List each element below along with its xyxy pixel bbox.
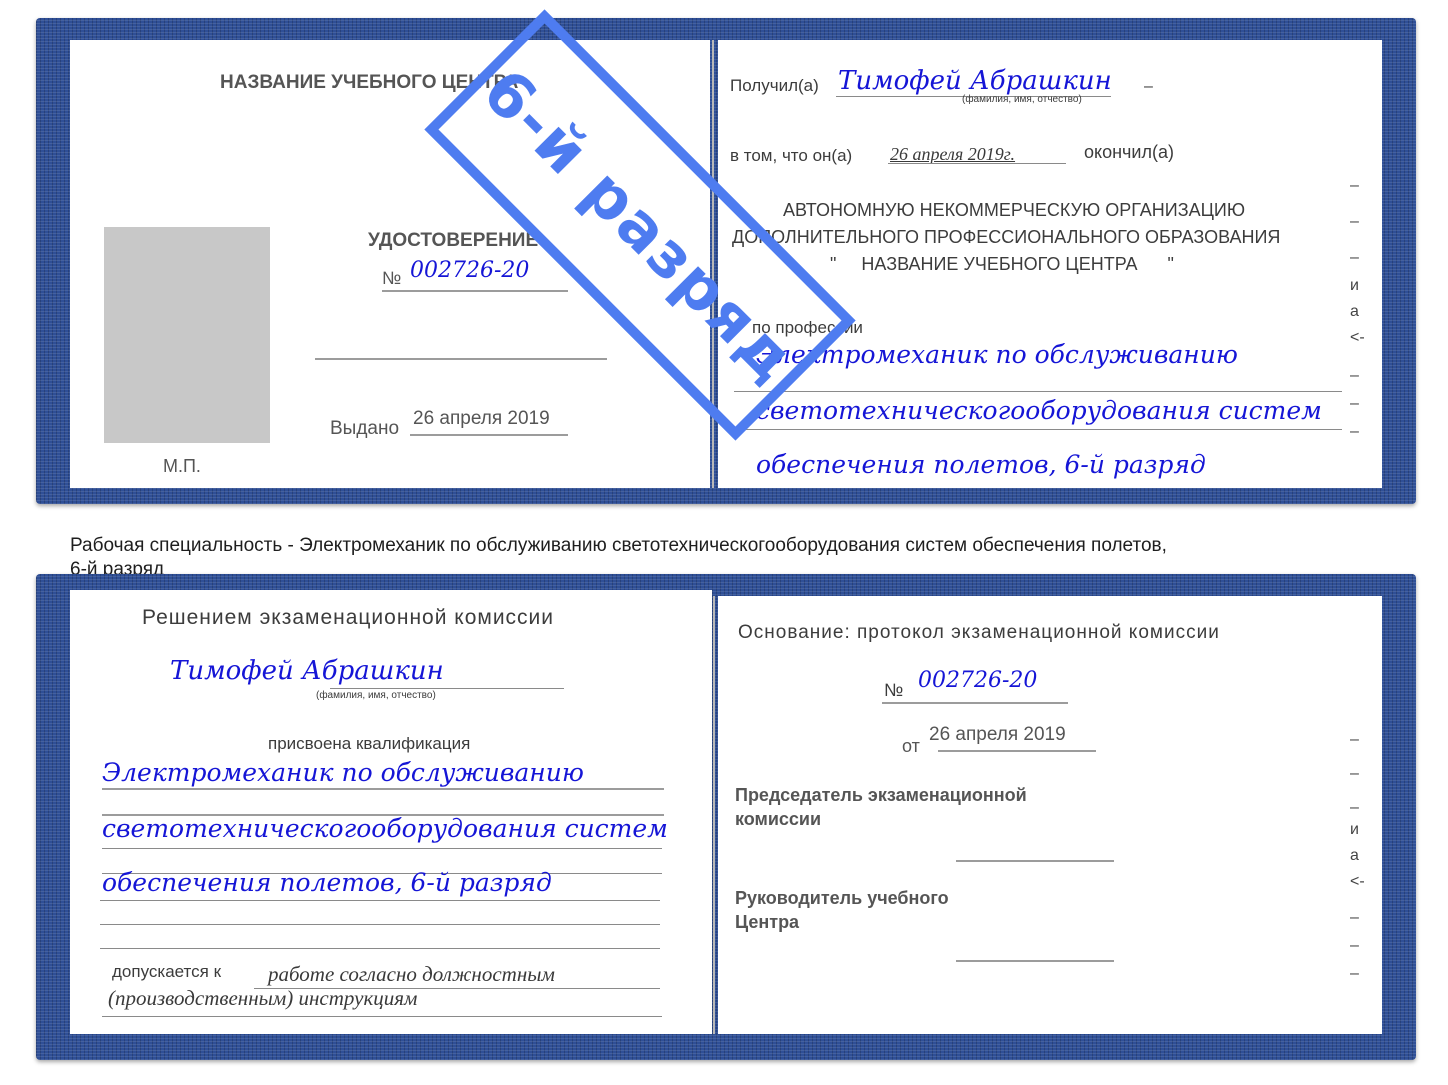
recipient-name-hint: (фамилия, имя, отчество) <box>962 94 1082 105</box>
recipient-name: Тимофей Абрашкин <box>838 66 1112 96</box>
qualification-label: присвоена квалификация <box>268 734 470 754</box>
certificate-bottom-spine <box>713 596 715 1034</box>
completed-date-underline <box>888 163 1066 164</box>
completed-prefix: в том, что он(а) <box>730 146 852 166</box>
protocol-date-label: от <box>902 736 920 757</box>
head-label-1: Руководитель учебного <box>735 888 949 909</box>
qualification-rule-6 <box>100 924 660 925</box>
chairman-signature-line <box>956 860 1114 862</box>
profession-line-2: светотехническогооборудования систем <box>756 396 1322 425</box>
decision-title: Решением экзаменационной комиссии <box>142 606 554 630</box>
protocol-date-underline <box>938 750 1096 752</box>
signature-line <box>315 358 607 360</box>
received-label: Получил(а) <box>730 76 819 96</box>
profession-line-3: обеспечения полетов, 6-й разряд <box>756 450 1206 479</box>
protocol-number: 002726-20 <box>918 668 1037 693</box>
recipient-dash: – <box>1144 78 1153 96</box>
recipient-underline-bottom <box>330 688 564 689</box>
qualification-line-3: обеспечения полетов, 6-й разряд <box>102 868 552 897</box>
certificate-title: УДОСТОВЕРЕНИЕ <box>368 230 538 252</box>
qualification-rule-3 <box>102 848 662 849</box>
protocol-number-underline <box>882 702 1068 704</box>
admitted-rule-2 <box>102 1016 662 1017</box>
org-line-2: ДОПОЛНИТЕЛЬНОГО ПРОФЕССИОНАЛЬНОГО ОБРАЗО… <box>732 227 1280 248</box>
qualification-rule-7 <box>100 948 660 949</box>
qualification-line-2: светотехническогооборудования систем <box>102 814 668 843</box>
head-label-2: Центра <box>735 912 799 933</box>
qualification-line-1: Электромеханик по обслуживанию <box>102 758 584 787</box>
number-underline <box>382 290 568 292</box>
admitted-line-1: работе согласно должностным <box>268 962 555 987</box>
head-signature-line <box>956 960 1114 962</box>
edge-marks-bottom: – – – и а <- – – – <box>1350 732 1365 994</box>
admitted-label: допускается к <box>112 962 221 982</box>
edge-marks-top: – – – и а <- – – – <box>1350 178 1365 452</box>
basis-title: Основание: протокол экзаменационной коми… <box>738 622 1220 644</box>
admitted-line-2: (производственным) инструкциям <box>108 986 417 1011</box>
protocol-date: 26 апреля 2019 <box>929 724 1066 746</box>
chairman-label-1: Председатель экзаменационной <box>735 785 1027 806</box>
qualification-rule-1 <box>102 788 664 790</box>
recipient-name-bottom: Тимофей Абрашкин <box>170 656 444 686</box>
recipient-name-hint-bottom: (фамилия, имя, отчество) <box>316 690 436 701</box>
protocol-number-label: № <box>884 680 903 701</box>
org-line-3: " НАЗВАНИЕ УЧЕБНОГО ЦЕНТРА " <box>830 254 1174 275</box>
profession-rule-1 <box>734 391 1342 392</box>
issued-date: 26 апреля 2019 <box>413 408 550 430</box>
profession-rule-2 <box>734 429 1342 430</box>
photo-placeholder <box>104 227 270 443</box>
stamp-place-label: М.П. <box>163 456 201 477</box>
certificate-number: 002726-20 <box>410 258 529 283</box>
org-line-1: АВТОНОМНУЮ НЕКОММЕРЧЕСКУЮ ОРГАНИЗАЦИЮ <box>783 200 1245 221</box>
issued-underline <box>410 434 568 436</box>
issued-label: Выдано <box>330 418 399 440</box>
completed-date: 26 апреля 2019г. <box>890 144 1015 165</box>
qualification-rule-5 <box>100 900 660 901</box>
completed-suffix: окончил(а) <box>1084 142 1174 163</box>
chairman-label-2: комиссии <box>735 809 821 830</box>
number-label: № <box>382 268 401 289</box>
